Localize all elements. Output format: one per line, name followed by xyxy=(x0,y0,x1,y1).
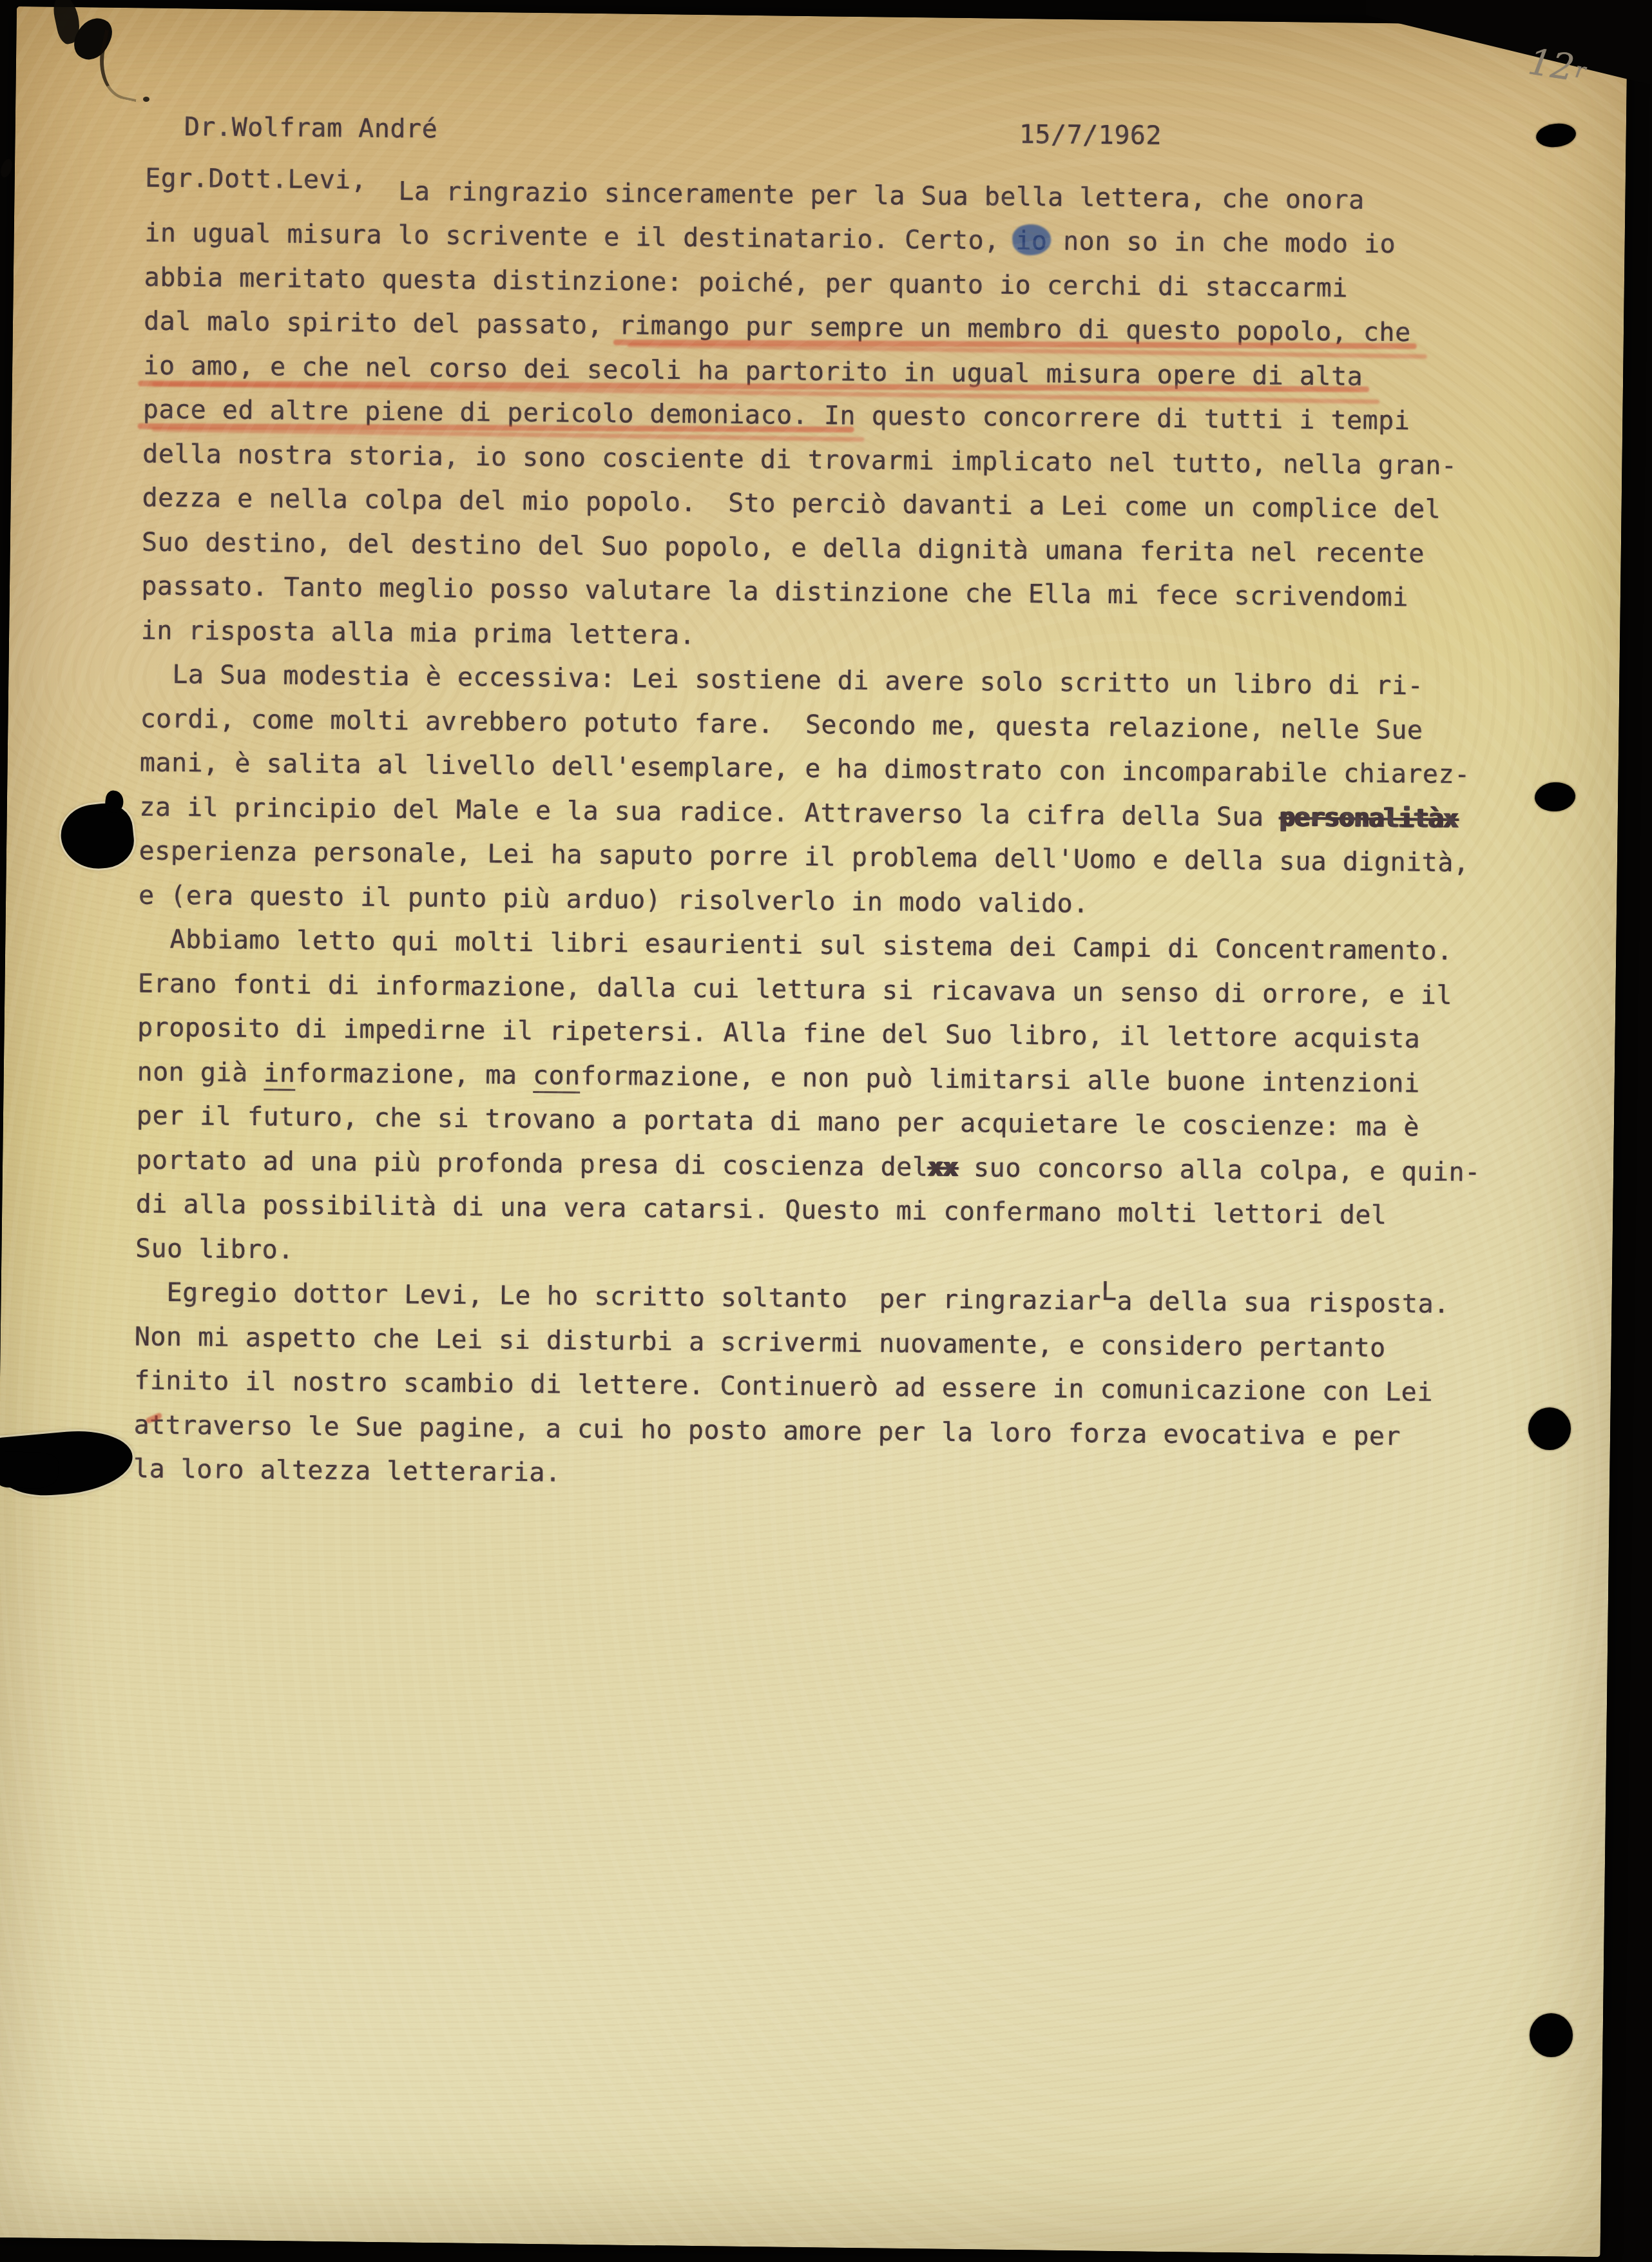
typed-text: di alla possibilità di una vera catarsi.… xyxy=(135,1189,1387,1230)
typed-text: Erano fonti di informazione, dalla cui l… xyxy=(138,969,1453,1010)
typed-text: Suo destino, del destino del Suo popolo,… xyxy=(142,527,1425,568)
red-pencil-underlined-text: io amo, e che nel corso dei secoli ha pa… xyxy=(143,351,1363,391)
typed-text: portato ad una più profonda presa di cos… xyxy=(136,1145,928,1182)
folio-number-value: 12 xyxy=(1525,41,1577,89)
typed-text: passato. Tanto meglio posso valutare la … xyxy=(141,571,1408,612)
typed-text: per il futuro, che si trovano a portata … xyxy=(137,1101,1419,1142)
typed-text: za il principio del Male e la sua radice… xyxy=(139,792,1280,832)
sender-name: Dr.Wolfram André xyxy=(184,112,438,144)
red-pencil-underlined-text: pace ed altre piene di pericolo demoniac… xyxy=(143,394,809,430)
scanned-letter-page: { "page": { "folio_num": "12", "folio_su… xyxy=(0,0,1652,2262)
folio-number: 12r xyxy=(1525,41,1589,91)
typed-text: attraverso le Sue pagine, a cui ho posto… xyxy=(133,1410,1401,1451)
typed-text: in risposta alla mia prima lettera. xyxy=(141,615,696,650)
typewritten-text-block: Dr.Wolfram André15/7/1962 Egr.Dott.Levi,… xyxy=(133,104,1589,1504)
typed-text: in ugual misura lo scrivente e il destin… xyxy=(144,218,1015,255)
typed-underline: in xyxy=(264,1058,296,1090)
typed-text: dal malo spirito del passato, xyxy=(144,306,619,340)
typed-text: Non mi aspetto che Lei si disturbi a scr… xyxy=(135,1322,1386,1363)
typed-text: Suo libro. xyxy=(135,1233,294,1264)
typed-text: suo concorso alla colpa, e quin- xyxy=(957,1152,1481,1186)
typed-underline: con xyxy=(533,1060,581,1093)
typed-text: esperienza personale, Lei ha saputo porr… xyxy=(139,836,1469,878)
typed-text: cordi, come molti avrebbero potuto fare.… xyxy=(140,704,1423,745)
punch-hole xyxy=(1528,1407,1571,1450)
typed-text: non già xyxy=(137,1057,264,1088)
letter-body: Egr.Dott.Levi, La ringrazio sinceramente… xyxy=(133,167,1589,1504)
typed-text: finito il nostro scambio di lettere. Con… xyxy=(134,1366,1433,1407)
typed-text: a della sua risposta. xyxy=(1117,1286,1450,1319)
typed-text: Abbiamo letto qui molti libri esaurienti… xyxy=(138,924,1453,966)
typed-text: La ringrazio sinceramente per la Sua bel… xyxy=(367,176,1365,215)
red-pencil-underlined-text: rimango pur sempre un membro di questo p… xyxy=(619,311,1410,347)
typed-text: In questo concorrere di tutti i tempi xyxy=(808,401,1410,436)
blue-ink-strikeout: io xyxy=(1015,226,1048,256)
typed-superscript: L xyxy=(1101,1270,1117,1314)
edge-speck xyxy=(0,157,14,179)
punch-hole xyxy=(1530,2013,1573,2057)
typed-text: non so in che modo io xyxy=(1047,226,1396,259)
letter-header-line: Dr.Wolfram André15/7/1962 xyxy=(146,104,1590,162)
typed-text: della nostra storia, io sono cosciente d… xyxy=(142,439,1457,481)
typed-text: la loro altezza letteraria. xyxy=(133,1454,561,1487)
typed-text: proposito di impedirne il ripetersi. All… xyxy=(137,1012,1420,1054)
typed-overstrike: xx xyxy=(928,1152,958,1182)
typed-text: Egregio dottor Levi, Le ho scritto solta… xyxy=(135,1277,1101,1316)
typed-text: La Sua modestia è eccessiva: Lei sostien… xyxy=(140,659,1423,701)
typed-text: dezza e nella colpa del mio popolo. Sto … xyxy=(142,483,1441,524)
typed-overstrike: personalitàx xyxy=(1280,802,1458,834)
letter-paper-sheet: Dr.Wolfram André15/7/1962 Egr.Dott.Levi,… xyxy=(0,6,1628,2257)
typed-text: mani, è salita al livello dell'esemplare… xyxy=(140,748,1470,789)
edge-speck xyxy=(143,97,149,102)
salutation: Egr.Dott.Levi, xyxy=(145,156,367,202)
typed-text: abbia meritato questa distinzione: poich… xyxy=(144,262,1349,303)
typed-text: formazione, e non può limitarsi alle buo… xyxy=(581,1061,1420,1098)
letter-date: 15/7/1962 xyxy=(1019,113,1162,159)
typed-text: e (era questo il punto più arduo) risolv… xyxy=(139,880,1089,918)
typed-text: formazione, ma xyxy=(295,1058,533,1090)
